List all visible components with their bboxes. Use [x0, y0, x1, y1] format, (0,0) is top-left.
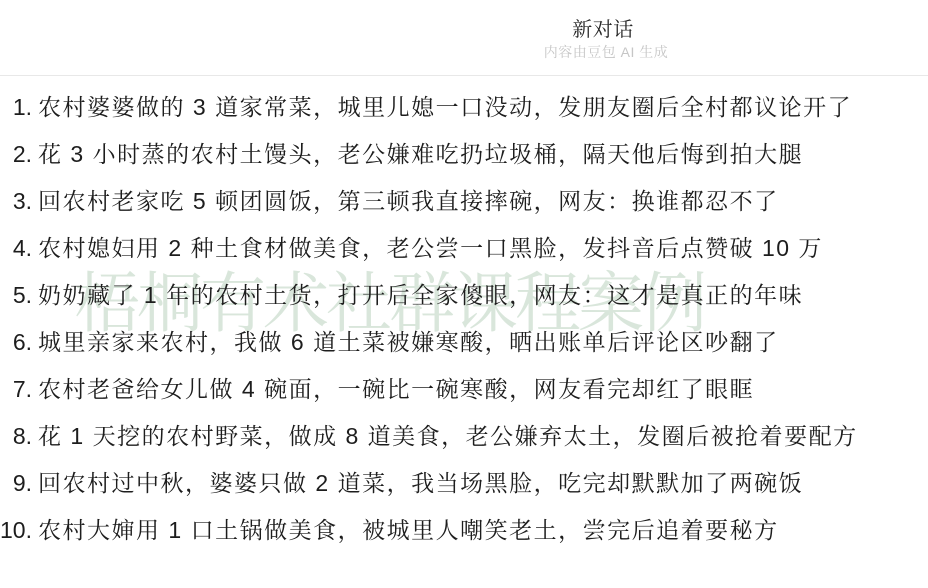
- list-item: 4. 农村媳妇用 2 种土食材做美食，老公尝一口黑脸，发抖音后点赞破 10 万: [0, 236, 928, 260]
- list-item: 8. 花 1 天挖的农村野菜，做成 8 道美食，老公嫌弃太土，发圈后被抢着要配方: [0, 424, 928, 448]
- list-item: 6. 城里亲家来农村，我做 6 道土菜被嫌寒酸，晒出账单后评论区吵翻了: [0, 330, 928, 354]
- list-item-text: 农村媳妇用 2 种土食材做美食，老公尝一口黑脸，发抖音后点赞破 10 万: [38, 236, 823, 260]
- list-item: 7. 农村老爸给女儿做 4 碗面，一碗比一碗寒酸，网友看完却红了眼眶: [0, 377, 928, 401]
- list-item-text: 回农村过中秋，婆婆只做 2 道菜，我当场黑脸，吃完却默默加了两碗饭: [38, 471, 803, 495]
- list-item-number: 3.: [0, 189, 32, 213]
- list-item-number: 2.: [0, 142, 32, 166]
- list-item: 9. 回农村过中秋，婆婆只做 2 道菜，我当场黑脸，吃完却默默加了两碗饭: [0, 471, 928, 495]
- list-item-text: 花 3 小时蒸的农村土馒头，老公嫌难吃扔垃圾桶，隔天他后悔到拍大腿: [38, 142, 803, 166]
- list-item: 2. 花 3 小时蒸的农村土馒头，老公嫌难吃扔垃圾桶，隔天他后悔到拍大腿: [0, 142, 928, 166]
- list-item: 10. 农村大婶用 1 口土锅做美食，被城里人嘲笑老土，尝完后追着要秘方: [0, 518, 928, 542]
- title-suggestion-list: 1. 农村婆婆做的 3 道家常菜，城里儿媳一口没动，发朋友圈后全村都议论开了 2…: [0, 95, 928, 542]
- list-item-text: 农村大婶用 1 口土锅做美食，被城里人嘲笑老土，尝完后追着要秘方: [38, 518, 779, 542]
- list-item-text: 奶奶藏了 1 年的农村土货，打开后全家傻眼，网友：这才是真正的年味: [38, 283, 803, 307]
- chat-page: 新对话 内容由豆包 AI 生成 梧桐有术社群课程案例 1. 农村婆婆做的 3 道…: [0, 0, 928, 588]
- list-item: 3. 回农村老家吃 5 顿团圆饭，第三顿我直接摔碗，网友：换谁都忍不了: [0, 189, 928, 213]
- list-item-text: 回农村老家吃 5 顿团圆饭，第三顿我直接摔碗，网友：换谁都忍不了: [38, 189, 779, 213]
- list-item-number: 9.: [0, 471, 32, 495]
- list-item-number: 4.: [0, 236, 32, 260]
- list-item-text: 城里亲家来农村，我做 6 道土菜被嫌寒酸，晒出账单后评论区吵翻了: [38, 330, 779, 354]
- list-item: 5. 奶奶藏了 1 年的农村土货，打开后全家傻眼，网友：这才是真正的年味: [0, 283, 928, 307]
- list-item-text: 农村婆婆做的 3 道家常菜，城里儿媳一口没动，发朋友圈后全村都议论开了: [38, 95, 852, 119]
- list-item-number: 10.: [0, 518, 32, 542]
- list-item-text: 花 1 天挖的农村野菜，做成 8 道美食，老公嫌弃太土，发圈后被抢着要配方: [38, 424, 858, 448]
- list-item-text: 农村老爸给女儿做 4 碗面，一碗比一碗寒酸，网友看完却红了眼眶: [38, 377, 754, 401]
- list-item: 1. 农村婆婆做的 3 道家常菜，城里儿媳一口没动，发朋友圈后全村都议论开了: [0, 95, 928, 119]
- list-item-number: 5.: [0, 283, 32, 307]
- list-item-number: 8.: [0, 424, 32, 448]
- page-title: 新对话: [572, 13, 634, 42]
- list-item-number: 1.: [0, 95, 32, 119]
- list-item-number: 7.: [0, 377, 32, 401]
- chat-header: 新对话 内容由豆包 AI 生成: [0, 0, 928, 76]
- ai-generated-disclaimer: 内容由豆包 AI 生成: [544, 42, 669, 62]
- chat-message-area: 1. 农村婆婆做的 3 道家常菜，城里儿媳一口没动，发朋友圈后全村都议论开了 2…: [0, 76, 928, 542]
- list-item-number: 6.: [0, 330, 32, 354]
